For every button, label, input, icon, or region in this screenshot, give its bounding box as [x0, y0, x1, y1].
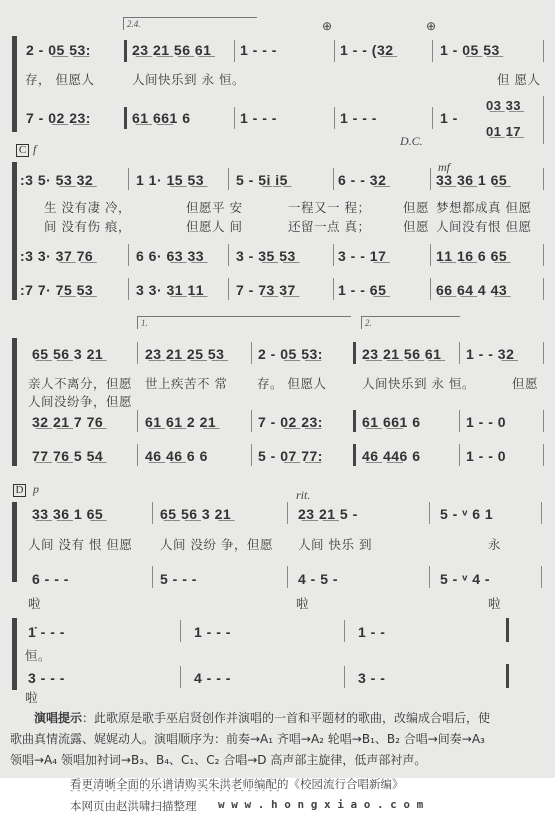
- measure: 1 - 0̲5̲ 5̲3̲: [440, 42, 500, 58]
- barline: [429, 566, 430, 588]
- measure-split: 0̲1̲ 1̲7̲: [486, 124, 521, 139]
- measure: 2̲3̲ 2̲1̲ 2̲5̲ 5̲3̲: [145, 346, 224, 362]
- barline: [459, 410, 460, 432]
- footer-site-link[interactable]: w w w . h o n g x i a o . c o m: [218, 798, 423, 811]
- measure: 6̲5̲ 5̲6̲ 3 2̲1̲: [160, 506, 231, 522]
- measure: 2̲3̲ 2̲1̲ 5̲6̲ 6̲1̲: [132, 42, 211, 58]
- barline: [137, 444, 138, 466]
- measure: 1 - - -: [340, 110, 377, 126]
- measure: 4 - - -: [194, 670, 231, 686]
- lyric: 永: [488, 535, 501, 553]
- repeat-barline: [124, 107, 127, 129]
- measure: 1 - - 3̲2̲: [466, 346, 514, 362]
- measure: 7 - 7̲3̲ 3̲7̲: [236, 282, 296, 298]
- measure: 3 - 3̲5̲ 5̲3̲: [236, 248, 296, 264]
- barline: [333, 244, 334, 266]
- barline: [543, 244, 544, 266]
- barline: [459, 342, 460, 364]
- volta-label: 2.: [365, 318, 372, 328]
- barline: [228, 168, 229, 190]
- system-bracket: [12, 338, 17, 466]
- volta-label: 1.: [141, 318, 148, 328]
- barline: [432, 107, 433, 129]
- measure: 7 - 0̲2̲ 2̲3̲:: [258, 414, 323, 430]
- measure: 4̲6̲ 4̲6̲ 6 6: [145, 448, 208, 464]
- lyric: 人间没有恨 但愿: [436, 217, 531, 235]
- dc-marking: D.C.: [400, 134, 423, 149]
- barline: [541, 566, 542, 588]
- measure: 1 -: [440, 110, 458, 126]
- dynamic-p: p: [33, 482, 39, 497]
- measure: 3 - -: [358, 670, 385, 686]
- barline: [287, 502, 288, 524]
- measure: :3 5· 5̲3̲ 3̲2̲: [20, 172, 93, 188]
- measure: 6̲1̲ 6̲6̲1 6: [362, 414, 421, 430]
- notes-text: ：此歌原是歌手巫启贤创作并演唱的一首和平题材的歌曲，改编成合唱后，使: [82, 711, 490, 725]
- section-d-marker: D: [13, 484, 26, 497]
- barline: [429, 502, 430, 524]
- barline: [543, 278, 544, 300]
- barline: [543, 342, 544, 364]
- measure: 7 - 0̲2̲ 2̲3̲:: [26, 110, 91, 126]
- barline: [180, 666, 181, 688]
- barline: [543, 40, 544, 62]
- measure: 2̲3̲ 2̲1̲ 5̲6̲ 6̲1̲: [362, 346, 441, 362]
- barline: [543, 96, 544, 144]
- barline: [344, 620, 345, 642]
- barline: [543, 410, 544, 432]
- measure-split: 0̲3̲ 3̲3̲: [486, 98, 521, 113]
- barline: [344, 666, 345, 688]
- measure: 5 - - -: [160, 571, 197, 587]
- measure: 1 - - -: [240, 110, 277, 126]
- footer-credit: 本网页由赵洪啸扫描整理: [70, 798, 197, 814]
- measure: 1 - -: [358, 624, 385, 640]
- measure: 3 3· 3̲1̲ 1̲1̲: [136, 282, 204, 298]
- lyric: 人间 没有 恨 但愿: [28, 535, 132, 553]
- repeat-barline: [353, 342, 356, 364]
- measure: 3̲3̲ 3̲6̲ 1 6̲5̲: [32, 506, 103, 522]
- measure: 2 - 0̲5̲ 5̲3̲:: [26, 42, 91, 58]
- performance-notes-line1: 演唱提示：此歌原是歌手巫启贤创作并演唱的一首和平题材的歌曲，改编成合唱后，使: [34, 708, 490, 729]
- lyric: 但愿: [403, 198, 429, 216]
- barline: [137, 410, 138, 432]
- barline: [543, 168, 544, 190]
- lyric: 存， 但愿人: [25, 70, 94, 88]
- barline: [128, 168, 129, 190]
- barline: [287, 566, 288, 588]
- volta-2: 2.: [361, 316, 460, 329]
- ritardando-marking: rit.: [296, 488, 310, 503]
- measure: 5 - 0̲7̲ 7̲7̲:: [258, 448, 323, 464]
- barline: [152, 566, 153, 588]
- system-bracket: [12, 502, 17, 582]
- barline: [430, 244, 431, 266]
- volta-label: 2.4.: [127, 19, 141, 29]
- system-bracket: [12, 618, 17, 690]
- footer-divider: - - - - - - - - - - - - - - - - - - - - …: [70, 786, 280, 796]
- lyric: 但 愿人: [497, 70, 540, 88]
- barline: [430, 168, 431, 190]
- lyric: 啦: [296, 594, 309, 612]
- measure: 6 - - 3̲2̲: [338, 172, 386, 188]
- measure: :7 7· 7̲5̲ 5̲3̲: [20, 282, 93, 298]
- measure: 7̲7̲ 7̲6̲ 5 5̲4̲: [32, 448, 103, 464]
- barline: [430, 278, 431, 300]
- lyric: 啦: [25, 688, 38, 706]
- barline: [334, 107, 335, 129]
- measure: 6̲6̲ 6̲4̲ 4 4̲3̲: [436, 282, 507, 298]
- notes-label: 演唱提示: [34, 711, 82, 725]
- lyric: 啦: [28, 594, 41, 612]
- measure: 6̲5̲ 5̲6̲ 3 2̲1̲: [32, 346, 103, 362]
- lyric: 恒。: [25, 646, 51, 664]
- system-bracket: [12, 162, 17, 300]
- barline: [128, 278, 129, 300]
- measure: 3 - - 1̲7̲: [338, 248, 386, 264]
- lyric: 还留一点 真；: [288, 217, 370, 235]
- barline: [543, 444, 544, 466]
- measure: 1 - - -: [194, 624, 231, 640]
- measure: 5 - ᵛ 4 -: [440, 571, 490, 587]
- measure: 1 - - -: [240, 42, 277, 58]
- measure: 5 - ᵛ 6 1: [440, 506, 493, 522]
- barline: [137, 342, 138, 364]
- lyric: 存。 但愿人: [257, 374, 326, 392]
- measure: 1 - - (3̲2̲: [340, 42, 394, 58]
- measure: 1̲1̲ 1̲6̲ 6 6̲5̲: [436, 248, 507, 264]
- barline: [251, 410, 252, 432]
- system-bracket: [12, 36, 17, 132]
- measure: 3̲2̲ 2̲1̲ 7 7̲6̲: [32, 414, 103, 430]
- measure: 1 - - 0: [466, 414, 506, 430]
- lyric: 梦想都成真 但愿: [436, 198, 531, 216]
- lyric: 人间快乐到 永 恒。: [132, 70, 245, 88]
- measure: 1 1· 1̲5̲ 5̲3̲: [136, 172, 204, 188]
- section-c-marker: C: [16, 144, 29, 157]
- measure: 1 - - 0: [466, 448, 506, 464]
- barline: [228, 244, 229, 266]
- measure: 6̲1̲ 6̲6̲1 6: [132, 110, 191, 126]
- barline: [251, 444, 252, 466]
- repeat-barline: [353, 444, 356, 466]
- lyric: 但愿人 间: [186, 217, 242, 235]
- measure: 2̲3̲ 2̲1̲ 5 -: [298, 506, 358, 522]
- lyric: 亲人不离分，但愿: [28, 374, 132, 392]
- measure: 1 - - 6̲5̲: [338, 282, 386, 298]
- measure: 1̇ - - -: [28, 624, 65, 640]
- measure: 6̲1̲ 6̲1̲ 2 2̲1̲: [145, 414, 216, 430]
- barline: [541, 502, 542, 524]
- barline: [180, 620, 181, 642]
- barline: [459, 444, 460, 466]
- coda-icon: ⊕: [322, 19, 332, 34]
- performance-notes-line2: 歌曲真情流露、娓娓动人。演唱顺序为：前奏→A₁ 齐唱→A₂ 轮唱→B₁、B₂ 合…: [10, 729, 485, 750]
- volta-2-4: 2.4.: [123, 17, 257, 30]
- end-barline: [506, 618, 509, 642]
- score-page: 2.4. ⊕ ⊕ 2 - 0̲5̲ 5̲3̲: 2̲3̲ 2̲1̲ 5̲6̲ 6…: [0, 0, 555, 778]
- measure: 3̲3̲ 3̲6̲ 1 6̲5̲: [436, 172, 507, 188]
- lyric: 生 没有凄 冷，: [44, 198, 131, 216]
- measure: 6 - - -: [32, 571, 69, 587]
- lyric: 人间 没纷 争，但愿: [160, 535, 273, 553]
- repeat-barline: [124, 40, 127, 62]
- measure: :3 3· 3̲7̲ 7̲6̲: [20, 248, 93, 264]
- barline: [152, 502, 153, 524]
- volta-1: 1.: [137, 316, 351, 329]
- measure: 4̲6̲ 4̲4̲6 6: [362, 448, 421, 464]
- barline: [228, 278, 229, 300]
- dynamic-f: f: [33, 142, 36, 157]
- measure: 4 - 5 -: [298, 571, 338, 587]
- barline: [333, 278, 334, 300]
- barline: [432, 40, 433, 62]
- repeat-barline: [353, 410, 356, 432]
- barline: [234, 40, 235, 62]
- end-barline: [506, 664, 509, 688]
- measure: 2 - 0̲5̲ 5̲3̲:: [258, 346, 323, 362]
- lyric: 人间 快乐 到: [298, 535, 372, 553]
- lyric: 世上疾苦不 常: [145, 374, 227, 392]
- barline: [234, 107, 235, 129]
- barline: [334, 40, 335, 62]
- barline: [251, 342, 252, 364]
- barline: [333, 168, 334, 190]
- measure: 3 - - -: [28, 670, 65, 686]
- lyric: 啦: [488, 594, 501, 612]
- lyric: 人间快乐到 永 恒。: [362, 374, 475, 392]
- lyric: 人间没纷争，但愿: [28, 392, 132, 410]
- lyric: 但愿: [403, 217, 429, 235]
- measure: 5 - 5̲i̲ i̲5̲: [236, 172, 288, 188]
- barline: [128, 244, 129, 266]
- lyric: 但愿平 安: [186, 198, 242, 216]
- measure: 6 6· 6̲3̲ 3̲3̲: [136, 248, 204, 264]
- performance-notes-line3: 领唱→A₄ 领唱加衬词→B₃、B₄、C₁、C₂ 合唱→D 高声部主旋律，低声部衬…: [10, 750, 426, 771]
- lyric: 间 没有伤 痕，: [44, 217, 131, 235]
- lyric: 一程又一 程；: [288, 198, 370, 216]
- coda-icon: ⊕: [426, 19, 436, 34]
- lyric: 但愿: [512, 374, 538, 392]
